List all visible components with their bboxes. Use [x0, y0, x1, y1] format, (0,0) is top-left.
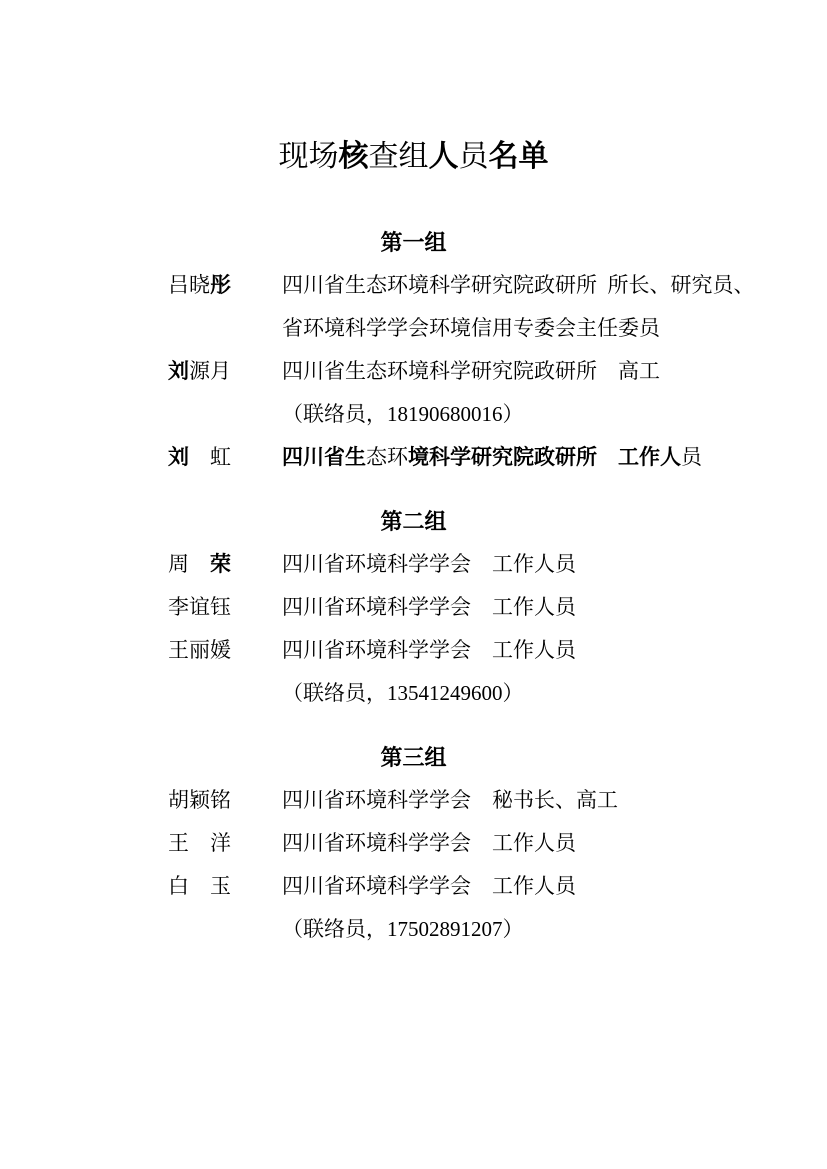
member-line: 四川省生态环境科学研究院政研所 高工: [282, 350, 827, 393]
text-run: 吕晓: [168, 273, 210, 297]
group-heading: 第一组: [0, 222, 827, 264]
member-line: 四川省环境科学学会 工作人员: [282, 865, 827, 908]
text-run: 胡颖铭: [168, 788, 231, 812]
bold-text-run: 刘: [168, 359, 189, 383]
member-name: [168, 908, 282, 951]
group-3: 第三组胡颖铭四川省环境科学学会 秘书长、高工王 洋四川省环境科学学会 工作人员白…: [0, 737, 827, 951]
member-name: [168, 393, 282, 436]
bold-text-run: 四川省生: [282, 445, 366, 469]
text-run: 王丽媛: [168, 638, 231, 662]
text-run: 源月: [189, 359, 231, 383]
member-line: 四川省生态环境科学研究院政研所 所长、研究员、: [282, 264, 827, 307]
text-run: 态环: [366, 445, 408, 469]
member-line: 四川省环境科学学会 工作人员: [282, 629, 827, 672]
text-run: 白 玉: [168, 874, 231, 898]
document-title: 现场核查组人员名单: [0, 0, 827, 178]
member-row: 吕晓彤四川省生态环境科学研究院政研所 所长、研究员、: [0, 264, 827, 307]
member-row: 刘 虹四川省生态环境科学研究院政研所 工作人员: [0, 436, 827, 479]
text-run: 省环境科学学会环境信用专委会主任委员: [282, 316, 660, 340]
text-run: 虹: [189, 445, 231, 469]
text-run: 四川省环境科学学会 工作人员: [282, 638, 576, 662]
member-line: 四川省环境科学学会 工作人员: [282, 822, 827, 865]
bold-text-run: 工作人: [618, 445, 681, 469]
text-run: 员: [681, 445, 702, 469]
member-name: 吕晓彤: [168, 264, 282, 307]
text-run: （联络员，13541249600）: [282, 681, 524, 705]
member-row: 王 洋四川省环境科学学会 工作人员: [0, 822, 827, 865]
text-run: 四川省环境科学学会 秘书长、高工: [282, 788, 618, 812]
text-run: 四川省环境科学学会 工作人员: [282, 552, 576, 576]
bold-text-run: 名单: [489, 140, 549, 173]
member-name: [168, 307, 282, 350]
group-heading: 第二组: [0, 501, 827, 543]
member-name: 刘 虹: [168, 436, 282, 479]
text-run: （联络员，18190680016）: [282, 402, 524, 426]
member-row: 白 玉四川省环境科学学会 工作人员: [0, 865, 827, 908]
member-row: 胡颖铭四川省环境科学学会 秘书长、高工: [0, 779, 827, 822]
member-line: （联络员，13541249600）: [282, 672, 827, 715]
member-name: 刘源月: [168, 350, 282, 393]
member-line: 四川省环境科学学会 秘书长、高工: [282, 779, 827, 822]
member-line: 四川省生态环境科学研究院政研所 工作人员: [282, 436, 827, 479]
bold-text-run: 彤: [210, 273, 231, 297]
bold-text-run: 境科学研究院政研所: [408, 445, 597, 469]
text-run: 四川省环境科学学会 工作人员: [282, 874, 576, 898]
bold-text-run: 人: [429, 140, 459, 173]
member-name: 王 洋: [168, 822, 282, 865]
text-run: （联络员，17502891207）: [282, 917, 524, 941]
member-continuation-row: （联络员，18190680016）: [0, 393, 827, 436]
member-name: [168, 672, 282, 715]
member-continuation-row: （联络员，13541249600）: [0, 672, 827, 715]
member-continuation-row: 省环境科学学会环境信用专委会主任委员: [0, 307, 827, 350]
text-run: 现场: [279, 140, 339, 173]
text-run: 四川省环境科学学会 工作人员: [282, 831, 576, 855]
member-line: 省环境科学学会环境信用专委会主任委员: [282, 307, 827, 350]
member-name: 李谊钰: [168, 586, 282, 629]
group-2: 第二组周 荣四川省环境科学学会 工作人员李谊钰四川省环境科学学会 工作人员王丽媛…: [0, 501, 827, 715]
member-name: 周 荣: [168, 543, 282, 586]
document-page: 现场核查组人员名单 第一组吕晓彤四川省生态环境科学研究院政研所 所长、研究员、省…: [0, 0, 827, 1169]
member-row: 李谊钰四川省环境科学学会 工作人员: [0, 586, 827, 629]
text-run: [597, 445, 618, 469]
member-row: 王丽媛四川省环境科学学会 工作人员: [0, 629, 827, 672]
group-heading: 第三组: [0, 737, 827, 779]
member-line: 四川省环境科学学会 工作人员: [282, 586, 827, 629]
text-run: 查组: [369, 140, 429, 173]
text-run: 四川省生态环境科学研究院政研所 高工: [282, 359, 660, 383]
bold-text-run: 刘: [168, 445, 189, 469]
member-row: 周 荣四川省环境科学学会 工作人员: [0, 543, 827, 586]
member-name: 王丽媛: [168, 629, 282, 672]
text-run: 四川省环境科学学会 工作人员: [282, 595, 576, 619]
member-continuation-row: （联络员，17502891207）: [0, 908, 827, 951]
text-run: 员: [459, 140, 489, 173]
text-run: 王 洋: [168, 831, 231, 855]
member-row: 刘源月四川省生态环境科学研究院政研所 高工: [0, 350, 827, 393]
member-name: 胡颖铭: [168, 779, 282, 822]
member-name: 白 玉: [168, 865, 282, 908]
bold-text-run: 核: [339, 140, 369, 173]
member-line: 四川省环境科学学会 工作人员: [282, 543, 827, 586]
groups-container: 第一组吕晓彤四川省生态环境科学研究院政研所 所长、研究员、省环境科学学会环境信用…: [0, 222, 827, 951]
member-line: （联络员，18190680016）: [282, 393, 827, 436]
text-run: 四川省生态环境科学研究院政研所 所长、研究员、: [282, 273, 755, 297]
text-run: 李谊钰: [168, 595, 231, 619]
group-1: 第一组吕晓彤四川省生态环境科学研究院政研所 所长、研究员、省环境科学学会环境信用…: [0, 222, 827, 479]
member-line: （联络员，17502891207）: [282, 908, 827, 951]
text-run: 周: [168, 552, 210, 576]
bold-text-run: 荣: [210, 552, 231, 576]
